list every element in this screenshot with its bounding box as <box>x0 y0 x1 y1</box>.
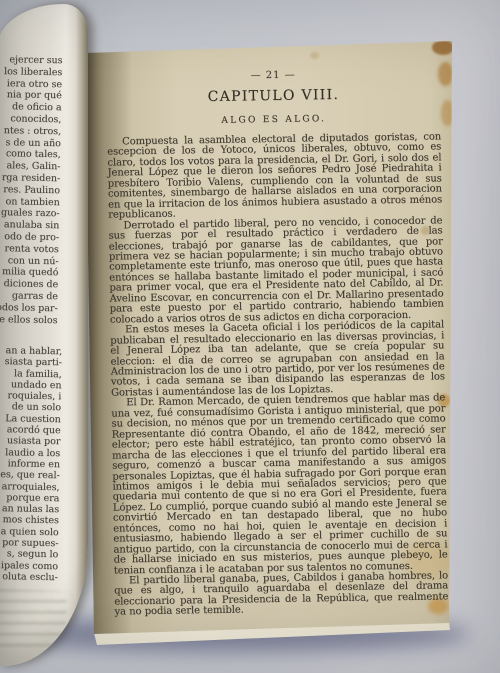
left-page-line: acordó que <box>0 423 61 437</box>
left-page-line: a quien solo <box>0 524 59 538</box>
left-page-line: ntes : otros, <box>0 124 61 138</box>
left-page-line: on tambien <box>0 194 60 208</box>
left-page-line: de un solo <box>0 400 61 414</box>
left-page-line: informe en <box>0 457 60 471</box>
left-page-line: renta votos <box>0 241 59 255</box>
book-photo: — 21 — CAPITULO VIII. ALGO ES ALGO. Comp… <box>0 0 500 673</box>
left-page-line: roquiales, i <box>0 389 61 403</box>
left-page-line: los liberales <box>0 65 62 79</box>
printed-page-content: — 21 — CAPITULO VIII. ALGO ES ALGO. Comp… <box>106 67 449 618</box>
left-page-line: an a hablar, <box>0 344 62 358</box>
left-page-line: ales, Galin- <box>0 159 61 173</box>
left-page-line: s, segun lo <box>0 547 58 561</box>
body-paragraph: En estos meses la Gaceta oficial i los p… <box>110 321 445 399</box>
left-page-line: laudio a los <box>0 445 60 459</box>
body-paragraph: El Dr. Ramon Mercado, de quien tendremos… <box>111 394 448 577</box>
left-page-line: odos los par- <box>0 300 58 314</box>
chapter-title: CAPITULO VIII. <box>106 85 440 106</box>
left-page-line: diciones de <box>0 277 58 291</box>
left-page-line: La cuestion <box>0 412 61 426</box>
left-page-line: usiasta por <box>0 434 61 448</box>
body-paragraph: Derrotado el partido liberal, pero no ve… <box>108 216 444 326</box>
body-text: Compuesta la asamblea electoral de diput… <box>107 132 449 618</box>
left-page-line: la familia, <box>0 366 62 380</box>
foxing-stain <box>310 52 319 59</box>
left-page-line: odo de pro- <box>0 230 59 244</box>
left-page-line: anulaba sin <box>0 218 59 232</box>
body-paragraph: El partido liberal ganaba, pues, Cabildo… <box>114 571 449 618</box>
left-page-line: conocidos, <box>0 112 61 126</box>
left-page-line: oluta esclu- <box>0 570 58 584</box>
left-page-line: undado en <box>0 378 62 392</box>
left-page-line: arroquiales, <box>0 479 60 493</box>
left-page-line: de oficio a <box>0 100 62 114</box>
left-page-line: ejercer sus <box>0 53 63 67</box>
left-page-line: porque era <box>0 491 59 505</box>
left-page-line: es, que real- <box>0 468 60 482</box>
foxing-stain <box>432 40 454 55</box>
left-page-line: rga residen- <box>0 171 60 185</box>
left-page-line: e ellos solos <box>0 312 58 326</box>
left-page-line: nia por qué <box>0 88 62 102</box>
left-page-line: como tales, <box>0 147 61 161</box>
showthrough-smudge <box>0 589 67 655</box>
left-page-line: siasta parti- <box>0 355 62 369</box>
left-page-text-block: an a hablar,siasta parti-la familia,unda… <box>0 344 62 584</box>
left-page-line: res. Paulino <box>0 183 60 197</box>
foxing-stain <box>438 62 453 86</box>
left-page-line: s de un año <box>0 135 61 149</box>
foxing-stain <box>441 100 454 126</box>
left-page-line: an nulas las <box>0 502 59 516</box>
left-page-line: por supues- <box>0 536 59 550</box>
chapter-subtitle: ALGO ES ALGO. <box>107 112 441 127</box>
left-page-line: milia quedó <box>0 265 59 279</box>
left-page-line: ipales como <box>0 558 58 572</box>
left-page-line: guales razo- <box>0 206 60 220</box>
left-page: ejercer suslos liberalesiera otro senia … <box>0 4 88 666</box>
left-page-line: mos chistes <box>0 513 59 527</box>
body-paragraph: Compuesta la asamblea electoral de diput… <box>107 132 442 221</box>
left-page-line: garras de <box>0 289 58 303</box>
left-page-text-block: ejercer suslos liberalesiera otro senia … <box>0 53 63 327</box>
